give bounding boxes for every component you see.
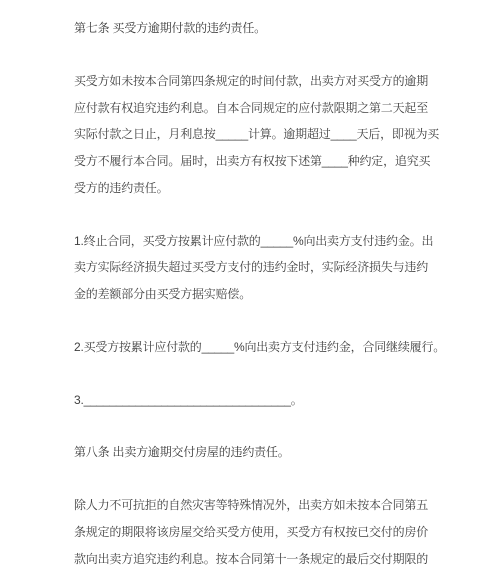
contract-document: 第七条 买受方逾期付款的违约责任。买受方如未按本合同第四条规定的时间付款，出卖方… [0, 0, 500, 565]
text-line: 2.买受方按累计应付款的_____%向出卖方支付违约金，合同继续履行。 [74, 334, 442, 361]
text-line: 第八条 出卖方逾期交付房屋的违约责任。 [74, 439, 442, 466]
text-line: 3.________________________________。 [74, 387, 442, 414]
text-line: 应付款有权追究违约利息。自本合同规定的应付款限期之第二天起至 [74, 95, 442, 122]
document-body: 第七条 买受方逾期付款的违约责任。买受方如未按本合同第四条规定的时间付款，出卖方… [74, 15, 442, 565]
clause-paragraph: 2.买受方按累计应付款的_____%向出卖方支付违约金，合同继续履行。 [74, 334, 442, 361]
text-line: 条规定的期限将该房屋交给买受方使用，买受方有权按已交付的房价 [74, 519, 442, 546]
text-line: 除人力不可抗拒的自然灾害等特殊情况外，出卖方如未按本合同第五 [74, 492, 442, 519]
text-line: 受方不履行本合同。届时，出卖方有权按下述第____种约定，追究买 [74, 148, 442, 175]
clause-heading: 第七条 买受方逾期付款的违约责任。 [74, 15, 442, 42]
text-line: 受方的违约责任。 [74, 175, 442, 202]
text-line: 实际付款之日止，月利息按_____计算。逾期超过____天后，即视为买 [74, 121, 442, 148]
text-line: 第七条 买受方逾期付款的违约责任。 [74, 15, 442, 42]
text-line: 买受方如未按本合同第四条规定的时间付款，出卖方对买受方的逾期 [74, 68, 442, 95]
clause-paragraph: 1.终止合同，买受方按累计应付款的_____%向出卖方支付违约金。出卖方实际经济… [74, 228, 442, 308]
clause-paragraph: 3.________________________________。 [74, 387, 442, 414]
clause-paragraph: 除人力不可抗拒的自然灾害等特殊情况外，出卖方如未按本合同第五条规定的期限将该房屋… [74, 492, 442, 565]
clause-paragraph: 买受方如未按本合同第四条规定的时间付款，出卖方对买受方的逾期应付款有权追究违约利… [74, 68, 442, 202]
text-line: 金的差额部分由买受方据实赔偿。 [74, 281, 442, 308]
clause-heading: 第八条 出卖方逾期交付房屋的违约责任。 [74, 439, 442, 466]
text-line: 款向出卖方追究违约利息。按本合同第十一条规定的最后交付期限的 [74, 546, 442, 565]
text-line: 卖方实际经济损失超过买受方支付的违约金时，实际经济损失与违约 [74, 254, 442, 281]
text-line: 1.终止合同，买受方按累计应付款的_____%向出卖方支付违约金。出 [74, 228, 442, 255]
